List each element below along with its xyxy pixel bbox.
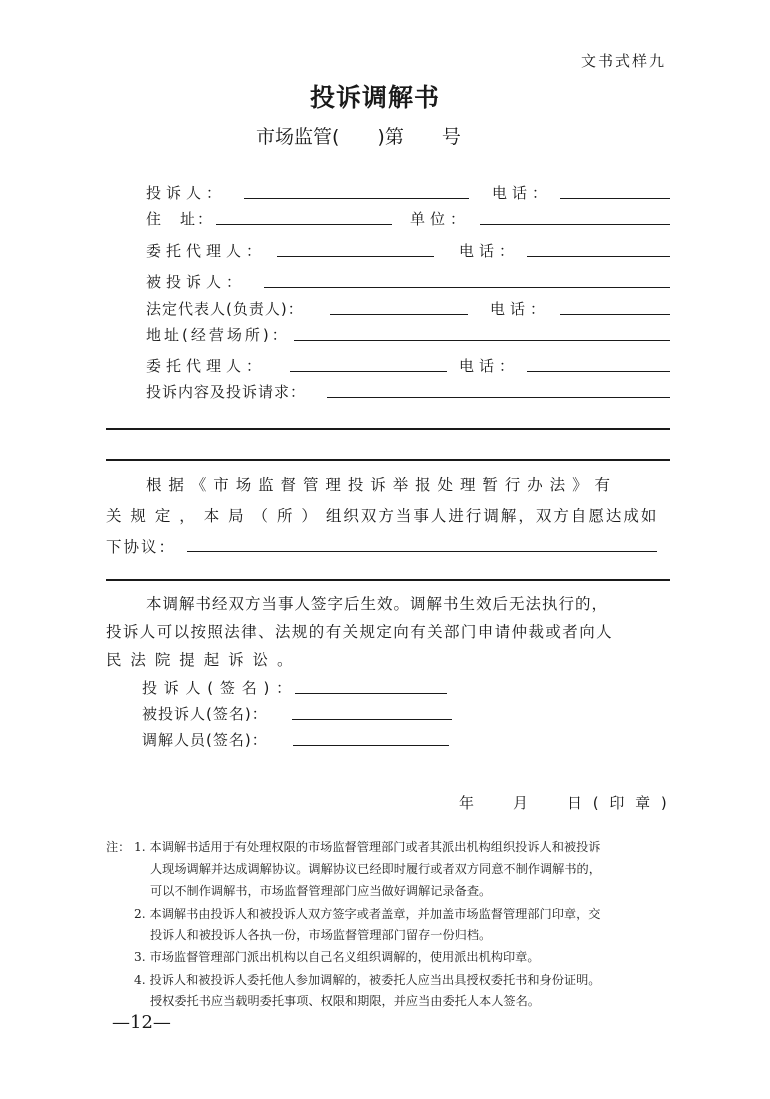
complainant-signature-label: 投 诉 人 ( 签 名 ) ： [142,677,292,698]
legal-rep-phone-field[interactable] [560,314,670,315]
agreement-text-line-1: 根 据 《 市 场 监 督 管 理 投 诉 举 报 处 理 暂 行 办 法 》 … [146,473,611,495]
template-tag: 文书式样九 [581,50,666,71]
page-number: —12— [112,1012,171,1033]
complainant-phone-label: 电话： [492,182,552,203]
date-seal: 年 月 日 ( 印 章 ) [459,792,670,813]
notes-prefix: 注： [106,838,130,855]
complaint-content-line-2[interactable] [106,428,670,430]
legal-rep-field[interactable] [330,314,468,315]
complainant-agent-phone-label: 电话： [459,240,519,261]
complainant-field[interactable] [244,198,469,199]
respondent-agent-field[interactable] [290,371,447,372]
address-label: 住 址： [146,208,214,229]
mediator-signature-field[interactable] [293,745,449,746]
mediator-signature-label: 调解人员(签名)： [142,729,268,750]
respondent-agent-label: 委托代理人： [146,355,266,376]
page-title: 投诉调解书 [310,78,440,114]
document-number: 市场监管( )第 号 [256,122,461,149]
respondent-agent-phone-label: 电话： [459,355,519,376]
business-address-field[interactable] [294,340,670,341]
respondent-signature-label: 被投诉人(签名)： [142,703,268,724]
agreement-line-2[interactable] [106,579,670,581]
address-field[interactable] [216,224,392,225]
complaint-content-label: 投诉内容及投诉请求： [146,381,306,402]
respondent-agent-phone-field[interactable] [527,371,670,372]
complainant-signature-field[interactable] [295,693,447,694]
agreement-label: 下协议： [106,535,176,557]
agreement-text-line-2: 关 规 定 ， 本 局 （ 所 ） 组织双方当事人进行调解，双方自愿达成如 [106,504,658,526]
note-4-line-2: 授权委托书应当载明委托事项、权限和期限，并应当由委托人本人签名。 [150,992,540,1009]
note-2-line-1: 2. 本调解书由投诉人和被投诉人双方签字或者盖章，并加盖市场监督管理部门印章，交 [134,905,600,922]
legal-rep-label: 法定代表人(负责人)： [146,298,304,319]
effect-text-line-1: 本调解书经双方当事人签字后生效。调解书生效后无法执行的， [146,592,608,614]
complainant-label: 投诉人： [146,182,226,203]
complainant-phone-field[interactable] [560,198,670,199]
effect-text-line-2: 投诉人可以按照法律、法规的有关规定向有关部门申请仲裁或者向人 [106,620,613,642]
complainant-agent-label: 委托代理人： [146,240,266,261]
note-1-line-1: 1. 本调解书适用于有处理权限的市场监督管理部门或者其派出机构组织投诉人和被投诉 [134,838,600,855]
respondent-label: 被投诉人： [146,271,246,292]
complaint-content-field[interactable] [327,397,670,398]
effect-text-line-3: 民 法 院 提 起 诉 讼 。 [106,648,295,670]
note-1-line-3: 可以不制作调解书，市场监督管理部门应当做好调解记录备查。 [150,882,491,899]
agreement-field[interactable] [187,551,657,552]
legal-rep-phone-label: 电话： [490,298,550,319]
employer-label: 单位： [410,208,470,229]
complaint-content-line-3[interactable] [106,459,670,461]
note-3-line-1: 3. 市场监督管理部门派出机构以自己名义组织调解的，使用派出机构印章。 [134,948,540,965]
note-1-line-2: 人现场调解并达成调解协议。调解协议已经即时履行或者双方同意不制作调解书的， [150,860,601,877]
respondent-signature-field[interactable] [292,719,452,720]
note-4-line-1: 4. 投诉人和被投诉人委托他人参加调解的，被委托人应当出具授权委托书和身份证明。 [134,971,600,988]
complainant-agent-field[interactable] [277,256,434,257]
employer-field[interactable] [480,224,670,225]
complainant-agent-phone-field[interactable] [527,256,670,257]
respondent-field[interactable] [264,287,670,288]
note-2-line-2: 投诉人和被投诉人各执一份，市场监督管理部门留存一份归档。 [150,926,491,943]
business-address-label: 地址(经营场所)： [146,324,290,345]
